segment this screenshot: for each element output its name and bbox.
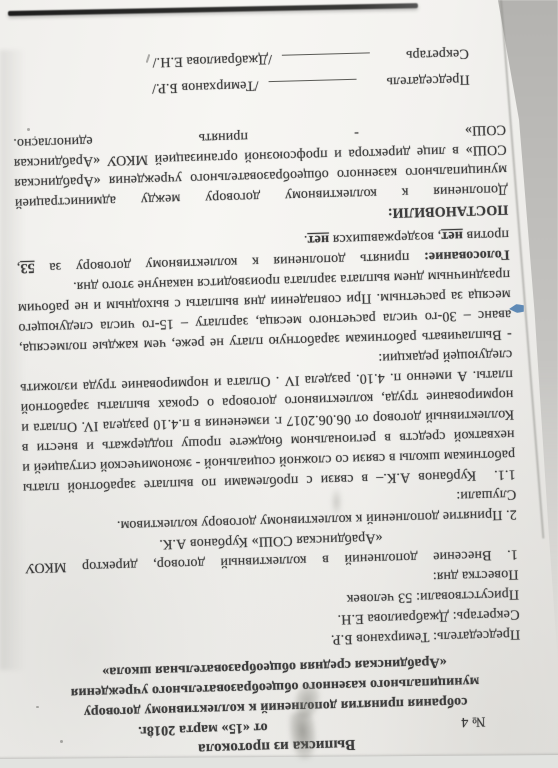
scan-left-shading xyxy=(0,50,26,670)
payment-terms-paragraph: - Выплачивать работникам заработную плат… xyxy=(17,264,512,358)
votes-against: нет xyxy=(441,228,463,244)
scan-speck xyxy=(150,733,152,738)
scanned-paper-sheet: Выписка из протокола № 4 от «15» марта 2… xyxy=(0,0,558,768)
voting-period: . xyxy=(304,232,308,247)
document-content: Выписка из протокола № 4 от «15» марта 2… xyxy=(2,0,557,767)
scan-speck xyxy=(34,136,36,138)
signature-name-chairman: /Темирханов Б.Р./ xyxy=(152,74,259,97)
voting-label: Голосование: xyxy=(424,247,510,264)
signature-name-secretary: /Джабраилова Е.Н./ xyxy=(152,48,272,71)
signature-label-chairman: Председатель xyxy=(386,69,470,91)
voting-abstain-prefix: , воздержавшихся xyxy=(329,228,442,246)
heard-paragraph: 1.1.Курбанов А.К.– в связи с проблемами … xyxy=(19,343,516,497)
protocol-number: № 4 xyxy=(461,710,486,731)
ink-stain xyxy=(288,711,319,761)
scan-speck xyxy=(27,128,30,131)
heard-item-number: 1.1. xyxy=(476,466,516,482)
ink-stain xyxy=(331,488,342,516)
scan-speck xyxy=(60,740,63,743)
scan-speck xyxy=(36,706,39,708)
signature-block: Председатель/Темирханов Б.Р./ Секретарь/… xyxy=(11,37,505,103)
protocol-date: от «15» марта 2018г. xyxy=(138,716,268,740)
signature-line xyxy=(282,52,370,68)
scan-speck xyxy=(22,388,24,391)
signature-label-secretary: Секретарь xyxy=(406,43,470,65)
resolved-paragraph: Дополнения к коллективному договору межд… xyxy=(13,119,508,213)
voting-against-prefix: против xyxy=(463,227,509,243)
heard-item-text: Курбанов А.К.– в связи с проблемами по в… xyxy=(20,346,515,495)
signature-line xyxy=(268,79,356,95)
votes-abstained: нет xyxy=(307,232,329,248)
